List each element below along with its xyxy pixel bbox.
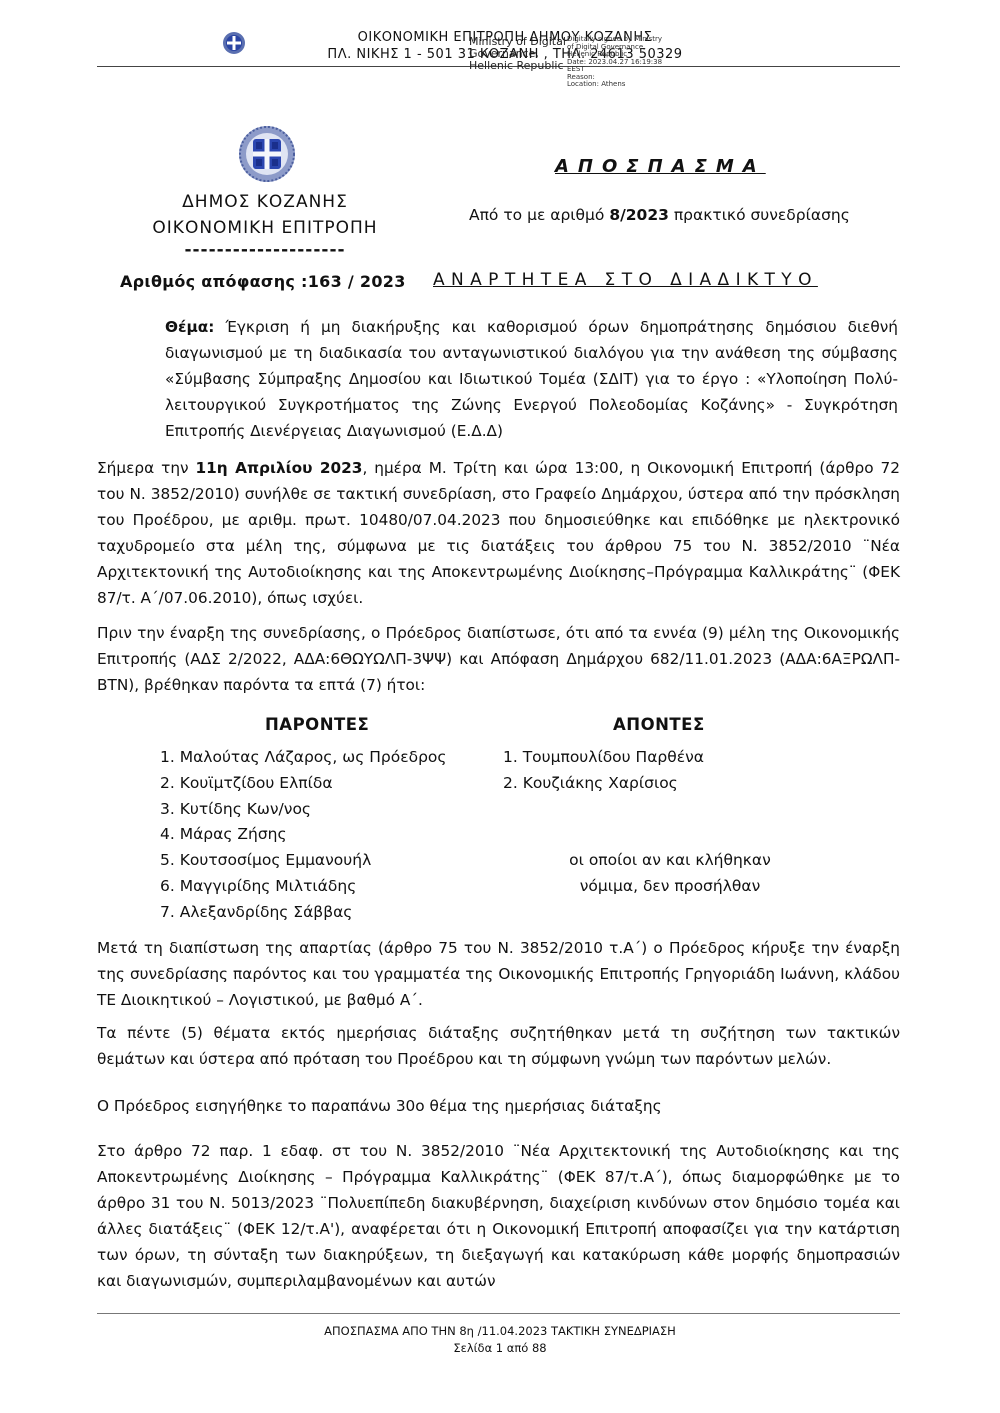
municipality-name: ΔΗΜΟΣ ΚΟΖΑΝΗΣ xyxy=(120,192,410,212)
list-item: 2. Κουζιάκης Χαρίσιος xyxy=(503,771,704,797)
list-item: 1. Τουμπουλίδου Παρθένα xyxy=(503,745,704,771)
list-item: 4. Μάρας Ζήσης xyxy=(160,822,447,848)
minutes-reference: Από το με αριθμό 8/2023 πρακτικό συνεδρί… xyxy=(469,206,850,224)
footer-divider xyxy=(97,1313,900,1314)
opening-paragraph: Μετά τη διαπίστωση της απαρτίας (άρθρο 7… xyxy=(97,935,900,1013)
decision-value: 163 / 2023 xyxy=(308,272,406,291)
committee-name: ΟΙΚΟΝΟΜΙΚΗ ΕΠΙΤΡΟΠΗ xyxy=(120,218,410,238)
meeting-post: , ημέρα Μ. Τρίτη και ώρα 13:00, η Οικονο… xyxy=(97,459,900,607)
list-item: 5. Κουτσοσίμος Εμμανουήλ xyxy=(160,848,447,874)
coat-of-arms-icon xyxy=(238,125,296,183)
absent-list: 1. Τουμπουλίδου Παρθένα 2. Κουζιάκης Χαρ… xyxy=(503,745,704,797)
list-item: 6. Μαγγιρίδης Μιλτιάδης xyxy=(160,874,447,900)
document-title: ΑΠΟΣΠΑΣΜΑ xyxy=(555,156,766,177)
present-list: 1. Μαλούτας Λάζαρος, ως Πρόεδρος 2. Κουϊ… xyxy=(160,745,447,926)
list-item: 7. Αλεξανδρίδης Σάββας xyxy=(160,900,447,926)
page-number: Σελίδα 1 από 88 xyxy=(0,1341,1000,1355)
separator-dashes: -------------------- xyxy=(120,240,410,260)
present-title: ΠΑΡΟΝΤΕΣ xyxy=(265,715,369,734)
footer-title: ΑΠΟΣΠΑΣΜΑ ΑΠΟ ΤΗΝ 8η /11.04.2023 ΤΑΚΤΙΚΗ… xyxy=(0,1324,1000,1338)
meeting-pre: Σήμερα την xyxy=(97,459,196,477)
list-item: 1. Μαλούτας Λάζαρος, ως Πρόεδρος xyxy=(160,745,447,771)
quorum-paragraph: Πριν την έναρξη της συνεδρίασης, ο Πρόεδ… xyxy=(97,620,900,698)
absent-note: οι οποίοι αν και κλήθηκαν νόμιμα, δεν πρ… xyxy=(545,848,795,900)
decision-label: Αριθμός απόφασης : xyxy=(120,272,308,291)
meeting-paragraph: Σήμερα την 11η Απριλίου 2023, ημέρα Μ. Τ… xyxy=(97,455,900,611)
list-item: 2. Κουϊμτζίδου Ελπίδα xyxy=(160,771,447,797)
decision-number: Αριθμός απόφασης :163 / 2023 xyxy=(120,272,406,291)
signature-location: Location: Athens xyxy=(567,81,662,89)
absent-note-line: οι οποίοι αν και κλήθηκαν xyxy=(545,848,795,874)
meeting-date: 11η Απριλίου 2023 xyxy=(196,459,363,477)
minutes-number: 8/2023 xyxy=(609,206,669,224)
subject-text: Έγκριση ή μη διακήρυξης και καθορισμού ό… xyxy=(165,318,898,440)
legal-basis-paragraph: Στο άρθρο 72 παρ. 1 εδαφ. στ του Ν. 3852… xyxy=(97,1138,900,1294)
signature-organization: Ministry of Digital Governance, Hellenic… xyxy=(469,36,566,72)
absent-note-line: νόμιμα, δεν προσήλθαν xyxy=(545,874,795,900)
signature-org-line: Hellenic Republic xyxy=(469,60,566,72)
absent-title: ΑΠΟΝΤΕΣ xyxy=(613,715,705,734)
minutes-suffix: πρακτικό συνεδρίασης xyxy=(669,206,850,224)
publish-notice: ΑΝΑΡΤΗΤΕΑ ΣΤΟ ΔΙΑΔΙΚΤΥΟ xyxy=(433,270,818,290)
minutes-prefix: Από το με αριθμό xyxy=(469,206,609,224)
subject-paragraph: Θέμα: Έγκριση ή μη διακήρυξης και καθορι… xyxy=(165,314,898,444)
signature-details: Digitally signed by Ministry of Digital … xyxy=(567,36,662,89)
item-intro-paragraph: Ο Πρόεδρος εισηγήθηκε το παραπάνω 30ο θέ… xyxy=(97,1093,900,1119)
list-item: 3. Κυτίδης Κων/νος xyxy=(160,797,447,823)
off-agenda-paragraph: Τα πέντε (5) θέματα εκτός ημερήσιας διάτ… xyxy=(97,1020,900,1072)
subject-label: Θέμα: xyxy=(165,318,214,336)
